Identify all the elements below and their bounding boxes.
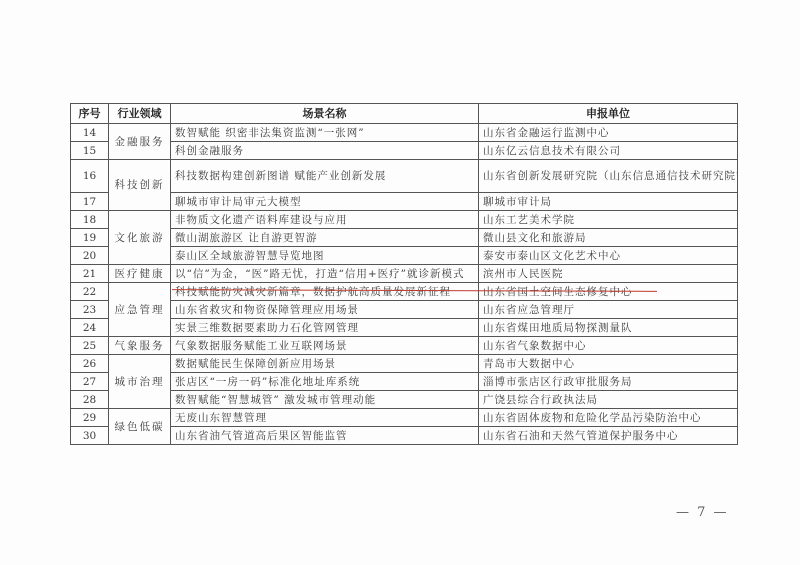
table-header-row: 序号 行业领域 场景名称 申报单位 bbox=[71, 104, 738, 124]
header-scene: 场景名称 bbox=[171, 104, 479, 124]
cell-serial: 19 bbox=[71, 229, 109, 247]
cell-serial: 18 bbox=[71, 211, 109, 229]
table-row: 18 文化旅游 非物质文化遗产语料库建设与应用 山东工艺美术学院 bbox=[71, 211, 738, 229]
cell-unit: 聊城市审计局 bbox=[479, 193, 738, 211]
cell-industry: 城市治理 bbox=[109, 355, 171, 409]
cell-serial: 28 bbox=[71, 391, 109, 409]
cell-unit: 山东工艺美术学院 bbox=[479, 211, 738, 229]
table-row: 30 山东省油气管道高后果区智能监管 山东省石油和天然气管道保护服务中心 bbox=[71, 427, 738, 445]
cell-unit: 山东省固体废物和危险化学品污染防治中心 bbox=[479, 409, 738, 427]
cell-scene: 数智赋能“智慧城管” 激发城市管理动能 bbox=[171, 391, 479, 409]
document-page: 序号 行业领域 场景名称 申报单位 14 金融服务 数智赋能 织密非法集资监测“… bbox=[0, 0, 800, 565]
table-row: 19 微山湖旅游区 让自游更智游 微山县文化和旅游局 bbox=[71, 229, 738, 247]
cell-serial: 17 bbox=[71, 193, 109, 211]
header-serial: 序号 bbox=[71, 104, 109, 124]
table-row: 25 气象服务 气象数据服务赋能工业互联网场景 山东省气象数据中心 bbox=[71, 337, 738, 355]
cell-serial: 29 bbox=[71, 409, 109, 427]
cell-serial: 16 bbox=[71, 160, 109, 193]
cell-unit: 山东省创新发展研究院（山东信息通信技术研究院管理中心） bbox=[479, 160, 738, 193]
page-number: — 7 — bbox=[676, 505, 729, 520]
table-row: 21 医疗健康 以“信”为金，“医”路无忧，打造“信用+医疗”就诊新模式 滨州市… bbox=[71, 265, 738, 283]
cell-unit: 山东省应急管理厅 bbox=[479, 301, 738, 319]
cell-scene: 微山湖旅游区 让自游更智游 bbox=[171, 229, 479, 247]
table-row: 24 实景三维数据要素助力石化管网管理 山东省煤田地质局物探测量队 bbox=[71, 319, 738, 337]
cell-unit: 山东亿云信息技术有限公司 bbox=[479, 142, 738, 160]
table-row: 17 聊城市审计局审元大模型 聊城市审计局 bbox=[71, 193, 738, 211]
cell-serial: 26 bbox=[71, 355, 109, 373]
scenario-table: 序号 行业领域 场景名称 申报单位 14 金融服务 数智赋能 织密非法集资监测“… bbox=[70, 103, 738, 445]
cell-scene: 山东省救灾和物资保障管理应用场景 bbox=[171, 301, 479, 319]
cell-unit: 山东省金融运行监测中心 bbox=[479, 124, 738, 142]
cell-serial: 20 bbox=[71, 247, 109, 265]
table-row: 27 张店区“一房一码”标准化地址库系统 淄博市张店区行政审批服务局 bbox=[71, 373, 738, 391]
cell-unit: 滨州市人民医院 bbox=[479, 265, 738, 283]
table-row: 15 科创金融服务 山东亿云信息技术有限公司 bbox=[71, 142, 738, 160]
table-row: 28 数智赋能“智慧城管” 激发城市管理动能 广饶县综合行政执法局 bbox=[71, 391, 738, 409]
table-row: 16 科技创新 科技数据构建创新图谱 赋能产业创新发展 山东省创新发展研究院（山… bbox=[71, 160, 738, 193]
cell-serial: 22 bbox=[71, 283, 109, 301]
cell-unit: 泰安市泰山区文化艺术中心 bbox=[479, 247, 738, 265]
cell-industry: 气象服务 bbox=[109, 337, 171, 355]
cell-scene: 泰山区全域旅游智慧导览地图 bbox=[171, 247, 479, 265]
table-row: 23 山东省救灾和物资保障管理应用场景 山东省应急管理厅 bbox=[71, 301, 738, 319]
cell-scene: 实景三维数据要素助力石化管网管理 bbox=[171, 319, 479, 337]
cell-industry: 绿色低碳 bbox=[109, 409, 171, 445]
cell-unit: 山东省煤田地质局物探测量队 bbox=[479, 319, 738, 337]
cell-industry: 金融服务 bbox=[109, 124, 171, 160]
table-row: 29 绿色低碳 无废山东智慧管理 山东省固体废物和危险化学品污染防治中心 bbox=[71, 409, 738, 427]
cell-scene: 以“信”为金，“医”路无忧，打造“信用+医疗”就诊新模式 bbox=[171, 265, 479, 283]
cell-industry: 科技创新 bbox=[109, 160, 171, 211]
cell-unit: 微山县文化和旅游局 bbox=[479, 229, 738, 247]
cell-serial: 30 bbox=[71, 427, 109, 445]
cell-scene: 数据赋能民生保障创新应用场景 bbox=[171, 355, 479, 373]
table-row: 20 泰山区全域旅游智慧导览地图 泰安市泰山区文化艺术中心 bbox=[71, 247, 738, 265]
cell-scene: 科技赋能防灾减灾新篇章，数据护航高质量发展新征程 bbox=[171, 283, 479, 301]
cell-unit: 山东省气象数据中心 bbox=[479, 337, 738, 355]
cell-scene: 非物质文化遗产语料库建设与应用 bbox=[171, 211, 479, 229]
cell-serial: 21 bbox=[71, 265, 109, 283]
header-industry: 行业领域 bbox=[109, 104, 171, 124]
cell-serial: 24 bbox=[71, 319, 109, 337]
cell-industry: 文化旅游 bbox=[109, 211, 171, 265]
cell-unit: 淄博市张店区行政审批服务局 bbox=[479, 373, 738, 391]
cell-serial: 27 bbox=[71, 373, 109, 391]
cell-scene: 张店区“一房一码”标准化地址库系统 bbox=[171, 373, 479, 391]
cell-scene: 科创金融服务 bbox=[171, 142, 479, 160]
table-row: 14 金融服务 数智赋能 织密非法集资监测“一张网” 山东省金融运行监测中心 bbox=[71, 124, 738, 142]
table-row: 26 城市治理 数据赋能民生保障创新应用场景 青岛市大数据中心 bbox=[71, 355, 738, 373]
cell-unit: 青岛市大数据中心 bbox=[479, 355, 738, 373]
cell-industry: 应急管理 bbox=[109, 283, 171, 337]
cell-unit: 广饶县综合行政执法局 bbox=[479, 391, 738, 409]
cell-scene: 山东省油气管道高后果区智能监管 bbox=[171, 427, 479, 445]
cell-scene: 数智赋能 织密非法集资监测“一张网” bbox=[171, 124, 479, 142]
cell-scene: 聊城市审计局审元大模型 bbox=[171, 193, 479, 211]
cell-serial: 25 bbox=[71, 337, 109, 355]
cell-unit: 山东省石油和天然气管道保护服务中心 bbox=[479, 427, 738, 445]
cell-serial: 15 bbox=[71, 142, 109, 160]
cell-scene: 气象数据服务赋能工业互联网场景 bbox=[171, 337, 479, 355]
cell-scene: 科技数据构建创新图谱 赋能产业创新发展 bbox=[171, 160, 479, 193]
cell-scene: 无废山东智慧管理 bbox=[171, 409, 479, 427]
header-unit: 申报单位 bbox=[479, 104, 738, 124]
cell-industry: 医疗健康 bbox=[109, 265, 171, 283]
cell-serial: 14 bbox=[71, 124, 109, 142]
cell-serial: 23 bbox=[71, 301, 109, 319]
